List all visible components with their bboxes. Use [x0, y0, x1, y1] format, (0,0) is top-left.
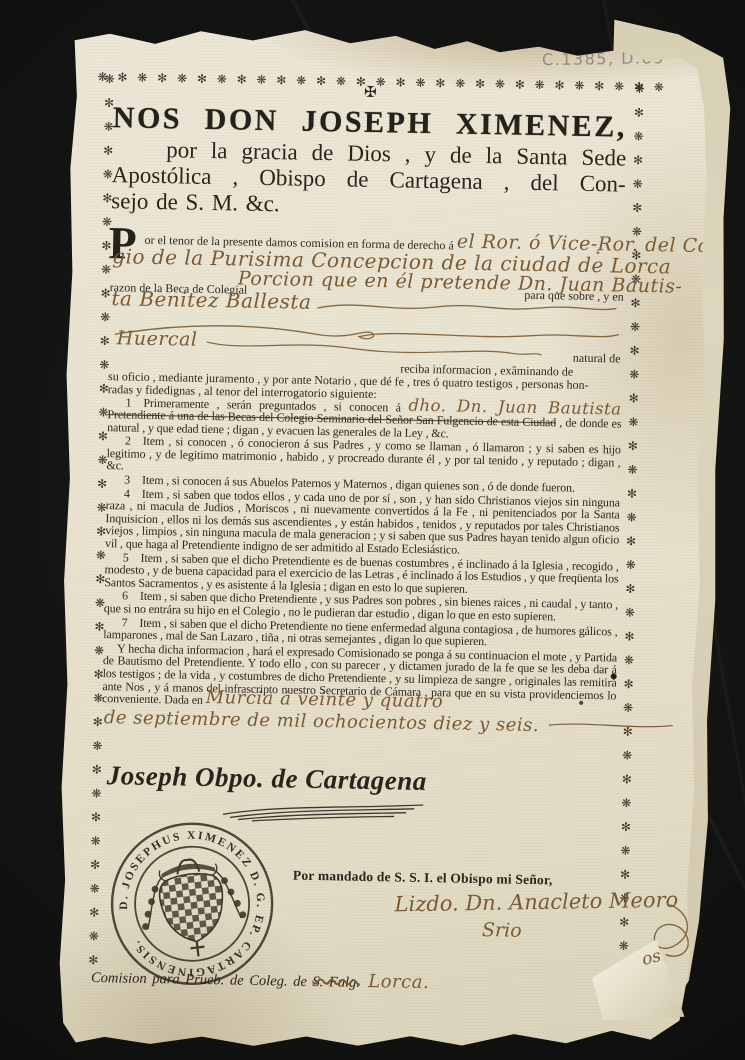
struck-san-fulgencio: S. Fulg. — [312, 974, 360, 991]
pen-flourish — [314, 295, 619, 323]
mandate-line: Por mandado de S. S. I. el Obispo mi Señ… — [293, 868, 553, 889]
handwritten-beca-2: ta Benitez Ballesta — [112, 298, 312, 303]
secretary-signature: Lizdo. Dn. Anacleto Meoro Srio — [394, 887, 679, 944]
seal-coat-of-arms — [135, 854, 251, 963]
text-block: ✠ NOS DON JOSEPH XIMENEZ, por la gracia … — [102, 76, 628, 737]
commission-opening: P or el tenor de la presente damos comis… — [108, 226, 625, 405]
handwritten-name-insert: dho. Dn. Juan Bautista — [408, 395, 621, 418]
document-page: ❋ ✻ ❋ ✻ ❋ ✻ ❋ ✻ ❋ ✻ ❋ ✻ ❋ ✻ ❋ ✻ ❋ ✻ ❋ ✻ … — [46, 13, 715, 1057]
print-natural-de: natural de — [573, 350, 621, 366]
handwritten-recipient-2: gio de la Purisima Concepcion de la ciud… — [112, 256, 671, 267]
archive-photo-background: { "annotations": { "archival_ref": "C.13… — [0, 0, 745, 1060]
bishop-signature: Joseph Obpo. de Cartagena — [106, 760, 427, 797]
pen-dash — [545, 717, 675, 733]
handwritten-beca-1: Porcion que en él pretende Dn. Juan Baut… — [238, 278, 682, 287]
interrogatory-item-4: 4Item , si saben que todos ellos , y cad… — [105, 487, 620, 559]
handwritten-birthplace: Huercal — [117, 338, 198, 340]
handwritten-lorca: Lorca. — [360, 971, 430, 993]
closing-paragraph: Y hecha dicha informacion , hará el expr… — [102, 642, 617, 714]
